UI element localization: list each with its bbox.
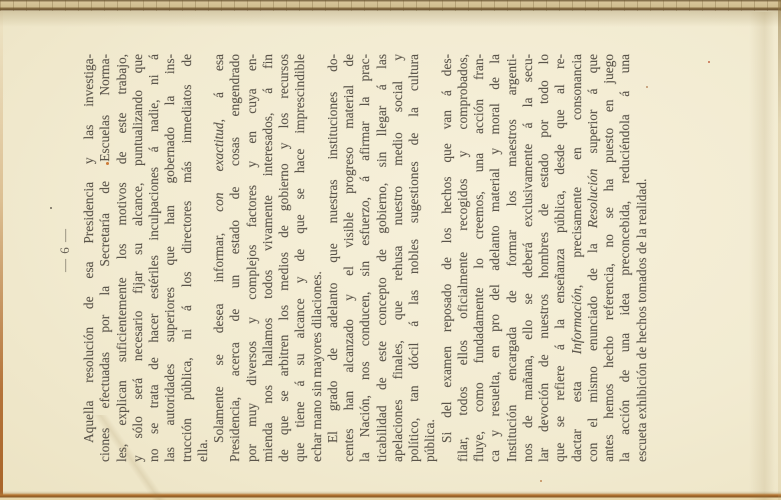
text-line: escueta exhibición de hechos tomados de … [634, 54, 650, 462]
body-text: Aquella resolución de esa Presidencia y … [81, 54, 650, 462]
text-line: Presidencia, acerca de un estado de cosa… [227, 54, 243, 462]
text-line: antes hemos hecho referencia, no se ha p… [601, 54, 617, 462]
text-line: echar mano sin mayores dilaciones. [309, 54, 325, 462]
text-line: por muy diversos y complejos factores y … [244, 54, 260, 462]
text-line: no se trata de hacer estériles inculpaci… [146, 54, 162, 462]
text-line: trucción pública, ni á los directores má… [179, 54, 195, 462]
rotated-page-content: — 6 — Aquella resolución de esa Presiden… [0, 0, 781, 500]
text-line: que se refiere á la enseñanza pública, d… [552, 54, 568, 462]
scanned-page: — 6 — Aquella resolución de esa Presiden… [0, 0, 781, 500]
text-line: con el mismo enunciado de la Resolución … [585, 54, 601, 462]
text-line: que tiene á su alcance y de que se hace … [292, 54, 308, 462]
text-line: Aquella resolución de esa Presidencia y … [81, 54, 97, 462]
text-line: filar, todos ellos oficialmente recogido… [455, 54, 471, 462]
text-line: político, tan dócil á las nobles sugesti… [406, 54, 422, 462]
text-line: Solamente se desea informar, con exactit… [211, 54, 227, 462]
text-line: mienda nos hallamos todos vivamente inte… [260, 54, 276, 462]
text-line: apelaciones finales, que rehusa nuestro … [390, 54, 406, 462]
text-line: ella. [195, 54, 211, 462]
text-line: nos de mañana, ello se deberá exclusivam… [520, 54, 536, 462]
text-line: El grado de adelanto que nuestras instit… [325, 54, 341, 462]
page-number: — 6 — [57, 0, 73, 500]
text-line: lar devoción de nuestros hombres de esta… [536, 54, 552, 462]
text-line: las autoridades superiores que han gober… [162, 54, 178, 462]
text-line: fluye, como fundadamente lo creemos, una… [471, 54, 487, 462]
text-line: Institución encargada de formar los maes… [504, 54, 520, 462]
text-line: pública. [422, 54, 438, 462]
text-line: ciones efectuadas por la Secretaría de E… [97, 54, 113, 462]
text-line: ticabilidad de este concepto de gobierno… [374, 54, 390, 462]
text-line: la Nación, nos conducen, sin esfuerzo, á… [357, 54, 373, 462]
text-line: Si del examen reposado de los hechos que… [439, 54, 455, 462]
text-line: les, explican suficientemente los motivo… [114, 54, 130, 462]
text-line: de que se arbitren los medios de gobiern… [276, 54, 292, 462]
text-line: ca y resuelta, en pro del adelanto mater… [487, 54, 503, 462]
text-line: y sólo será necesario fijar su alcance, … [130, 54, 146, 462]
text-line: dactar esta Información, precisamente en… [569, 54, 585, 462]
text-line: centes han alcanzado y el visible progre… [341, 54, 357, 462]
text-line: la acción de una idea preconcebida, redu… [617, 54, 633, 462]
